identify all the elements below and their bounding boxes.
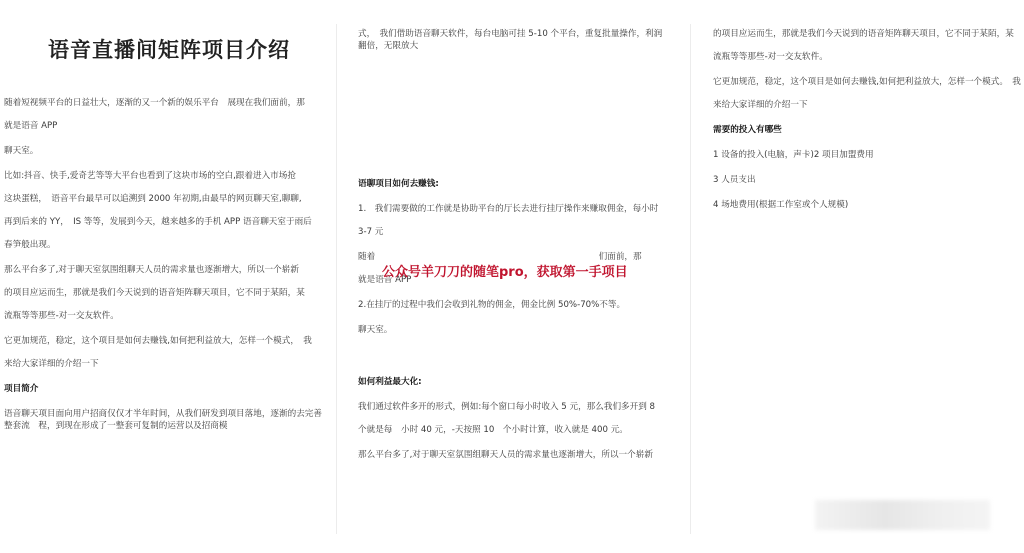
paragraph: 3 人员支出 — [713, 174, 1023, 186]
page-3-content: 的项目应运而生，那就是我们今天说到的语音矩阵聊天项目，它不同于某陌，某 流瓶等等… — [713, 28, 1023, 222]
paragraph: 语音聊天项目面向用户招商仅仅才半年时间，从我们研发到项目落地，逐渐的去完善整套流… — [4, 408, 322, 432]
paragraph: 3-7 元 — [358, 226, 668, 238]
page-2-content: 式， 我们借助语音聊天软件，每台电脑可挂 5-10 个平台，重复批量操作，利润翻… — [358, 28, 668, 472]
paragraph: 2.在挂厅的过程中我们会收到礼物的佣金，佣金比例 50%-70%不等。 — [358, 299, 668, 311]
paragraph: 的项目应运而生，那就是我们今天说到的语音矩阵聊天项目，它不同于某陌，某 — [713, 28, 1023, 40]
paragraph: 它更加规范，稳定，这个项目是如何去赚钱,如何把利益放大，怎样一个模式， 我 — [4, 335, 322, 347]
paragraph: 那么平台多了,对于聊天室氛围组聊天人员的需求量也逐渐增大，所以一个崭新 — [4, 264, 322, 276]
paragraph: 聊天室。 — [4, 145, 322, 157]
paragraph: 1 设备的投入(电脑，声卡)2 项目加盟费用 — [713, 149, 1023, 161]
paragraph: 来给大家详细的介绍一下 — [713, 99, 1023, 111]
paragraph: 流瓶等等那些-对一交友软件。 — [4, 310, 322, 322]
paragraph: 4 场地费用(根据工作室或个人规模) — [713, 199, 1023, 211]
watermark-overlay: 公众号羊刀刀的随笔pro，获取第一手项目 — [382, 261, 628, 280]
paragraph: 再到后来的 YY， IS 等等，发展到今天，越来越多的手机 APP 语音聊天室于… — [4, 216, 322, 228]
section-heading: 需要的投入有哪些 — [713, 124, 1023, 136]
paragraph: 1. 我们需要做的工作就是协助平台的厅长去进行挂厅操作来赚取佣金，每小时 — [358, 203, 668, 215]
section-heading: 项目简介 — [4, 383, 322, 395]
paragraph: 它更加规范，稳定，这个项目是如何去赚钱,如何把利益放大，怎样一个模式。 我 — [713, 76, 1023, 88]
paragraph: 的项目应运而生，那就是我们今天说到的语音矩阵聊天项目，它不同于某陌，某 — [4, 287, 322, 299]
paragraph: 这块蛋糕， 语音平台最早可以追溯到 2000 年初期,由最早的网页聊天室,聊聊, — [4, 193, 322, 205]
paragraph: 随着短视频平台的日益壮大，逐渐的又一个新的娱乐平台 展现在我们面前，那 — [4, 97, 322, 109]
section-heading: 语聊项目如何去赚钱: — [358, 178, 668, 190]
paragraph: 我们通过软件多开的形式，例如:每个窗口每小时收入 5 元，那么我们多开到 8 — [358, 401, 668, 413]
paragraph: 个就是每 小时 40 元，-天按照 10 个小时计算，收入就是 400 元。 — [358, 424, 668, 436]
paragraph: 式， 我们借助语音聊天软件，每台电脑可挂 5-10 个平台，重复批量操作，利润翻… — [358, 28, 668, 52]
paragraph: 来给大家详细的介绍一下 — [4, 358, 322, 370]
paragraph: 春笋般出现。 — [4, 239, 322, 251]
page-divider — [690, 24, 691, 534]
section-heading: 如何利益最大化: — [358, 376, 668, 388]
page-1-content: 随着短视频平台的日益壮大，逐渐的又一个新的娱乐平台 展现在我们面前，那 就是语音… — [4, 97, 322, 443]
document-title: 语音直播间矩阵项目介绍 — [48, 34, 290, 64]
page-divider — [336, 24, 337, 534]
paragraph: 比如:抖音、快手,爱奇艺等等大平台也看到了这块市场的空白,跟着进入市场抢 — [4, 170, 322, 182]
blurred-region — [815, 500, 990, 530]
paragraph: 那么平台多了,对于聊天室氛围组聊天人员的需求量也逐渐增大，所以一个崭新 — [358, 449, 668, 461]
paragraph: 流瓶等等那些-对一交友软件。 — [713, 51, 1023, 63]
paragraph: 聊天室。 — [358, 324, 668, 336]
paragraph: 就是语音 APP — [4, 120, 322, 132]
